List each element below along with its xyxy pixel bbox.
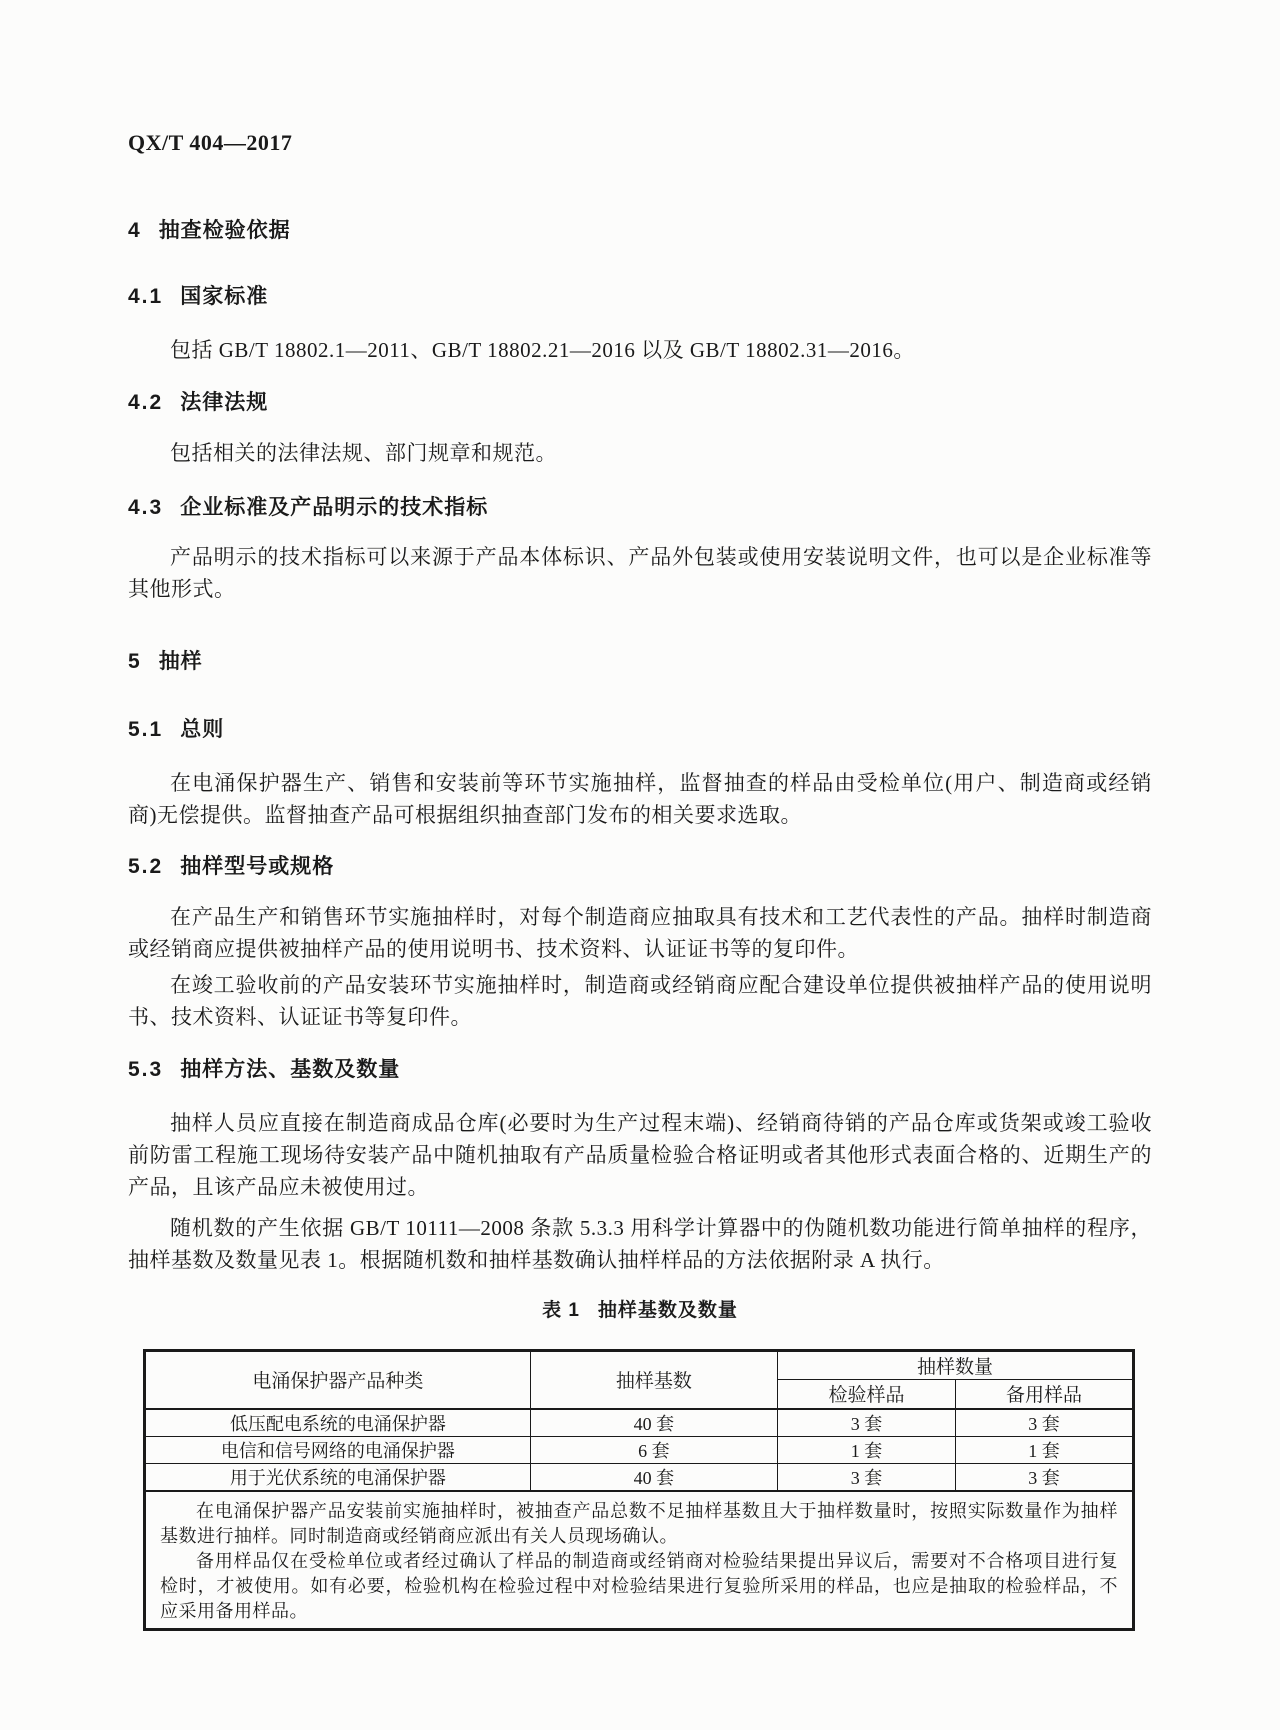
cell-spare: 3 套 xyxy=(955,1463,1133,1491)
table-row: 低压配电系统的电涌保护器 40 套 3 套 3 套 xyxy=(145,1409,1134,1437)
table-1-caption: 表 1抽样基数及数量 xyxy=(128,1295,1152,1322)
header-sampling-base: 抽样基数 xyxy=(530,1351,777,1409)
section-4-2-heading: 4.2法律法规 xyxy=(128,388,1152,418)
section-4-2-title: 法律法规 xyxy=(180,391,268,414)
section-4-2-number: 4.2 xyxy=(128,388,163,418)
section-4-2-paragraph: 包括相关的法律法规、部门规章和规范。 xyxy=(128,437,1152,469)
table-note-2: 备用样品仅在受检单位或者经过确认了样品的制造商或经销商对检验结果提出异议后，需要… xyxy=(160,1549,1118,1624)
section-5-1-heading: 5.1总则 xyxy=(128,715,1152,745)
table-1: 电涌保护器产品种类 抽样基数 抽样数量 检验样品 备用样品 低压配电系统的电涌保… xyxy=(143,1349,1135,1631)
cell-test: 1 套 xyxy=(777,1436,955,1463)
section-5-3-number: 5.3 xyxy=(128,1055,163,1085)
section-4-title: 抽查检验依据 xyxy=(159,219,291,242)
section-5-2-heading: 5.2抽样型号或规格 xyxy=(128,852,1152,882)
section-4-1-title: 国家标准 xyxy=(180,285,268,308)
section-5-3-heading: 5.3抽样方法、基数及数量 xyxy=(128,1055,1152,1085)
section-4-3-heading: 4.3企业标准及产品明示的技术指标 xyxy=(128,493,1152,523)
section-5-1-paragraph: 在电涌保护器生产、销售和安装前等环节实施抽样，监督抽查的样品由受检单位(用户、制… xyxy=(128,767,1152,831)
section-4-number: 4 xyxy=(128,216,142,246)
section-4-3-title: 企业标准及产品明示的技术指标 xyxy=(180,496,488,519)
cell-spare: 3 套 xyxy=(955,1409,1133,1437)
cell-test: 3 套 xyxy=(777,1463,955,1491)
table-1-caption-title: 抽样基数及数量 xyxy=(598,1300,738,1321)
table-note-1: 在电涌保护器产品安装前实施抽样时，被抽查产品总数不足抽样基数且大于抽样数量时，按… xyxy=(160,1499,1118,1549)
table-notes-cell: 在电涌保护器产品安装前实施抽样时，被抽查产品总数不足抽样基数且大于抽样数量时，按… xyxy=(145,1491,1134,1630)
cell-kind: 低压配电系统的电涌保护器 xyxy=(145,1409,531,1437)
section-5-3-paragraph-2: 随机数的产生依据 GB/T 10111—2008 条款 5.3.3 用科学计算器… xyxy=(128,1212,1152,1276)
header-spare-sample: 备用样品 xyxy=(955,1380,1133,1409)
section-4-1-number: 4.1 xyxy=(128,282,163,312)
section-5-2-title: 抽样型号或规格 xyxy=(180,855,334,878)
standard-number: QX/T 404—2017 xyxy=(128,130,292,156)
header-product-kind: 电涌保护器产品种类 xyxy=(145,1351,531,1409)
cell-base: 40 套 xyxy=(530,1463,777,1491)
table-notes-row: 在电涌保护器产品安装前实施抽样时，被抽查产品总数不足抽样基数且大于抽样数量时，按… xyxy=(145,1491,1134,1630)
cell-kind: 电信和信号网络的电涌保护器 xyxy=(145,1436,531,1463)
section-5-title: 抽样 xyxy=(159,650,203,673)
section-5-2-number: 5.2 xyxy=(128,852,163,882)
section-5-1-number: 5.1 xyxy=(128,715,163,745)
table-row: 用于光伏系统的电涌保护器 40 套 3 套 3 套 xyxy=(145,1463,1134,1491)
section-5-2-paragraph-1: 在产品生产和销售环节实施抽样时，对每个制造商应抽取具有技术和工艺代表性的产品。抽… xyxy=(128,901,1152,965)
cell-base: 40 套 xyxy=(530,1409,777,1437)
cell-base: 6 套 xyxy=(530,1436,777,1463)
table-row: 电信和信号网络的电涌保护器 6 套 1 套 1 套 xyxy=(145,1436,1134,1463)
section-4-3-number: 4.3 xyxy=(128,493,163,523)
table-header-row-1: 电涌保护器产品种类 抽样基数 抽样数量 xyxy=(145,1351,1134,1380)
section-4-1-paragraph: 包括 GB/T 18802.1—2011、GB/T 18802.21—2016 … xyxy=(128,334,1152,366)
section-4-heading: 4抽查检验依据 xyxy=(128,216,1152,246)
section-5-1-title: 总则 xyxy=(180,718,224,741)
section-5-number: 5 xyxy=(128,647,142,677)
section-4-3-paragraph: 产品明示的技术指标可以来源于产品本体标识、产品外包装或使用安装说明文件，也可以是… xyxy=(128,541,1152,605)
section-5-3-title: 抽样方法、基数及数量 xyxy=(180,1058,400,1081)
section-5-2-paragraph-2: 在竣工验收前的产品安装环节实施抽样时，制造商或经销商应配合建设单位提供被抽样产品… xyxy=(128,969,1152,1033)
cell-kind: 用于光伏系统的电涌保护器 xyxy=(145,1463,531,1491)
section-5-heading: 5抽样 xyxy=(128,647,1152,677)
header-sampling-quantity-group: 抽样数量 xyxy=(777,1351,1133,1380)
section-5-3-paragraph-1: 抽样人员应直接在制造商成品仓库(必要时为生产过程末端)、经销商待销的产品仓库或货… xyxy=(128,1107,1152,1203)
document-page: QX/T 404—2017 4抽查检验依据 4.1国家标准 包括 GB/T 18… xyxy=(0,0,1280,1730)
cell-test: 3 套 xyxy=(777,1409,955,1437)
cell-spare: 1 套 xyxy=(955,1436,1133,1463)
table-1-caption-label: 表 1 xyxy=(542,1300,580,1321)
header-test-sample: 检验样品 xyxy=(777,1380,955,1409)
section-4-1-heading: 4.1国家标准 xyxy=(128,282,1152,312)
